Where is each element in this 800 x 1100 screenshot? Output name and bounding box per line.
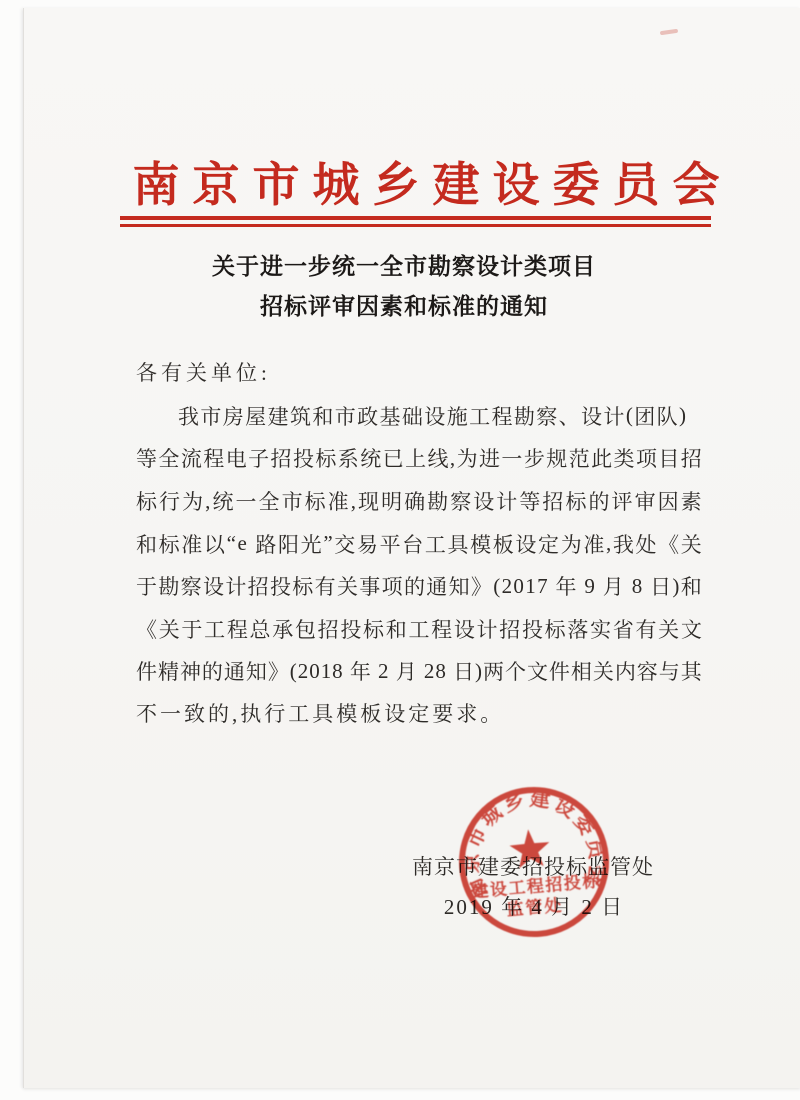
agency-letterhead: 南京市城乡建设委员会 (120, 158, 733, 214)
document-body: 各有关单位: 我市房屋建筑和市政基础设施工程勘察、设计(团队) 等全流程电子招投… (136, 352, 702, 735)
salutation: 各有关单位: (136, 352, 702, 395)
body-line: 于勘察设计招投标有关事项的通知》(2017 年 9 月 8 日)和 (136, 565, 702, 608)
body-line: 等全流程电子招投标系统已上线,为进一步规范此类项目招 (136, 437, 702, 480)
seal-inner-text-1: 建设工程招投标 (471, 870, 602, 901)
seal-star-icon (508, 828, 551, 869)
body-line: 和标准以“e 路阳光”交易平台工具模板设定为准,我处《关 (136, 522, 702, 565)
body-line: 件精神的通知》(2018 年 2 月 28 日)两个文件相关内容与其 (136, 650, 702, 693)
seal-inner-text-2: 监管处 (506, 895, 565, 920)
body-line: 不一致的,执行工具模板设定要求。 (136, 693, 702, 736)
document-title-line1: 关于进一步统一全市勘察设计类项目 (104, 247, 704, 287)
official-seal: 南京市城乡建设委员会 建设工程招投标 监管处 (442, 770, 626, 954)
body-line: 标行为,统一全市标准,现明确勘察设计等招标的评审因素 (136, 480, 702, 523)
body-line: 《关于工程总承包招投标和工程设计招投标落实省有关文 (136, 608, 702, 651)
body-line: 我市房屋建筑和市政基础设施工程勘察、设计(团队) (136, 395, 702, 438)
document-title-line2: 招标评审因素和标准的通知 (104, 287, 704, 327)
letterhead-rule-thin (120, 224, 711, 227)
document-title: 关于进一步统一全市勘察设计类项目 招标评审因素和标准的通知 (104, 247, 704, 327)
scanned-document: 南京市城乡建设委员会 关于进一步统一全市勘察设计类项目 招标评审因素和标准的通知… (0, 0, 800, 1100)
letterhead-rule-thick (120, 216, 711, 220)
